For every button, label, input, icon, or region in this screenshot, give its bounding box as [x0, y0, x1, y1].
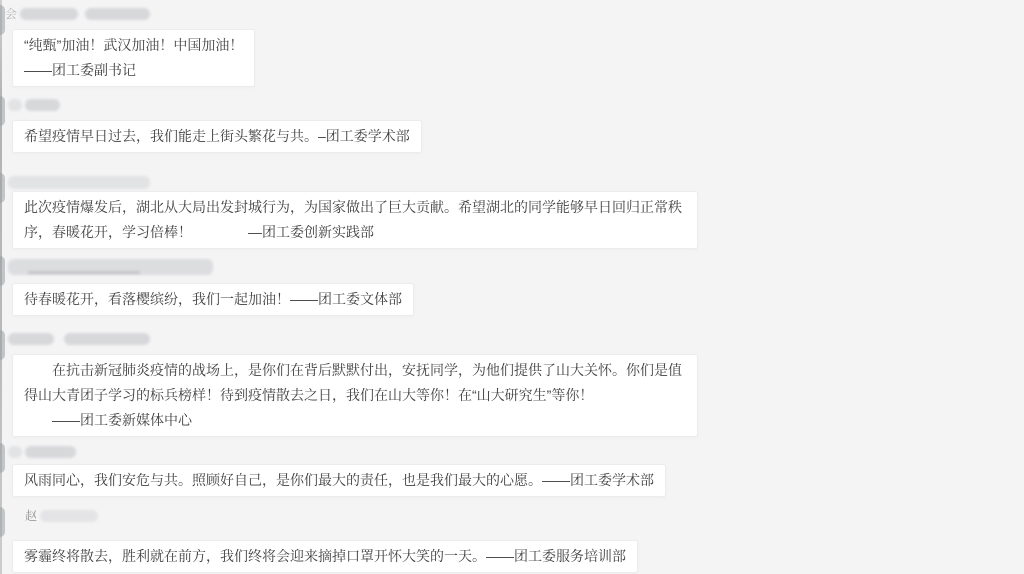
sender-name-redacted — [25, 99, 60, 111]
sender-name-redacted — [8, 176, 150, 189]
sender-name-redacted — [8, 446, 22, 458]
sender-name-redacted — [40, 510, 98, 522]
sender-name — [8, 258, 1024, 274]
redaction-scribble — [28, 271, 140, 274]
sender-name-text: 会 — [5, 7, 17, 21]
avatar — [0, 256, 5, 286]
sender-name: 会 — [8, 7, 1024, 23]
sender-name-text: 赵 — [25, 509, 37, 523]
avatar — [0, 443, 5, 473]
message-group: 希望疫情早日过去，我们能走上街头繁花与共。–团工委学术部 — [12, 98, 1024, 153]
message-group: 待春暖花开，看落樱缤纷，我们一起加油！——团工委文体部 — [12, 258, 1024, 316]
chat-log-page: 会 “纯甄”加油！武汉加油！中国加油！ ——团工委副书记 希望疫情早日过去，我们… — [0, 0, 1024, 574]
message-bubble: 希望疫情早日过去，我们能走上街头繁花与共。–团工委学术部 — [12, 120, 422, 153]
message-group: 风雨同心，我们安危与共。照顾好自己，是你们最大的责任，也是我们最大的心愿。——团… — [12, 445, 1024, 497]
sender-name-redacted — [25, 446, 76, 458]
message-group: 赵 雾霾终将散去，胜利就在前方，我们终将会迎来摘掉口罩开怀大笑的一天。——团工委… — [12, 509, 1024, 573]
sender-name — [8, 175, 1024, 191]
message-group: 此次疫情爆发后，湖北从大局出发封城行为，为国家做出了巨大贡献。希望湖北的同学能够… — [12, 175, 1024, 249]
avatar — [0, 96, 5, 126]
sender-name — [8, 445, 1024, 461]
avatar — [0, 330, 5, 360]
message-group: 会 “纯甄”加油！武汉加油！中国加油！ ——团工委副书记 — [12, 7, 1024, 87]
sender-name — [8, 332, 1024, 348]
sender-name-redacted — [20, 8, 78, 20]
sender-name-redacted — [85, 8, 150, 20]
message-bubble: 雾霾终将散去，胜利就在前方，我们终将会迎来摘掉口罩开怀大笑的一天。——团工委服务… — [12, 540, 638, 573]
message-bubble: 此次疫情爆发后，湖北从大局出发封城行为，为国家做出了巨大贡献。希望湖北的同学能够… — [12, 191, 698, 249]
sender-name-redacted — [64, 333, 150, 345]
message-bubble: 风雨同心，我们安危与共。照顾好自己，是你们最大的责任，也是我们最大的心愿。——团… — [12, 464, 666, 497]
avatar — [0, 173, 5, 203]
message-bubble: 在抗击新冠肺炎疫情的战场上，是你们在背后默默付出，安抚同学，为他们提供了山大关怀… — [12, 354, 698, 437]
sender-name: 赵 — [8, 509, 1024, 525]
sender-name — [8, 98, 1024, 114]
message-bubble: 待春暖花开，看落樱缤纷，我们一起加油！——团工委文体部 — [12, 283, 414, 316]
message-group: 在抗击新冠肺炎疫情的战场上，是你们在背后默默付出，安抚同学，为他们提供了山大关怀… — [12, 332, 1024, 437]
avatar — [0, 507, 5, 537]
sender-name-redacted — [8, 333, 54, 345]
message-bubble: “纯甄”加油！武汉加油！中国加油！ ——团工委副书记 — [12, 29, 255, 87]
sender-name-redacted — [8, 99, 22, 111]
window-edge — [0, 0, 2, 574]
